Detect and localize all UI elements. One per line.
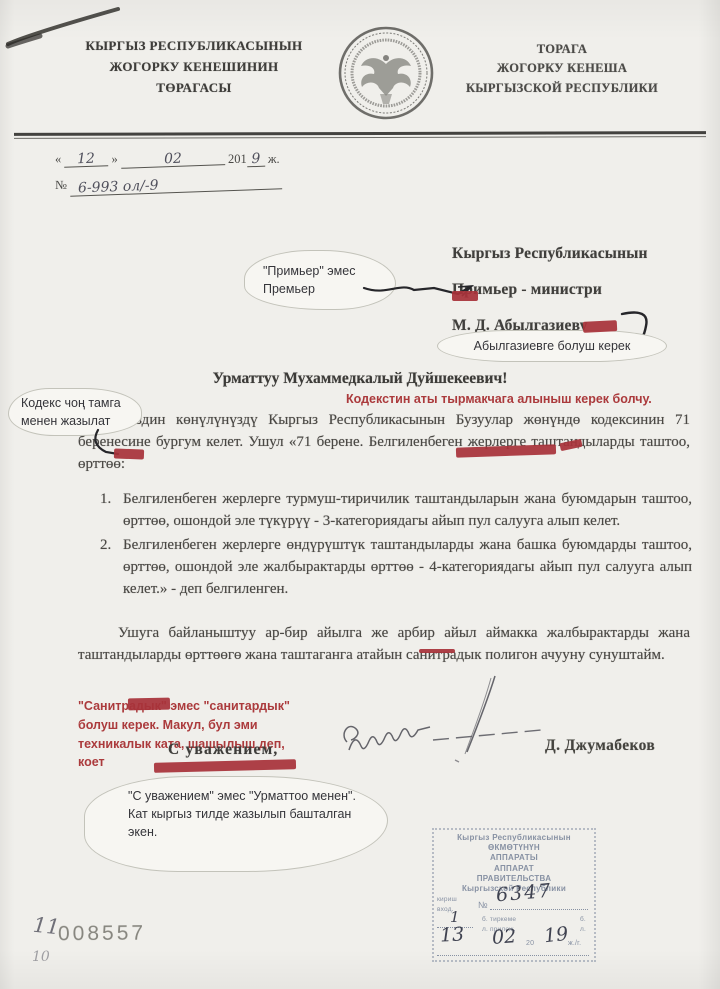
year-digit-handwritten: 9	[247, 153, 265, 168]
year-printed: 201	[228, 152, 247, 166]
stamp-attach-suffix-ru: л.	[580, 926, 586, 933]
date-day-handwritten: 12	[64, 152, 108, 168]
red-note-kodeks-title: Кодекстин аты тырмакчага алыныш керек бо…	[346, 392, 652, 406]
outgoing-number-handwritten: 6-993 ол/-9	[70, 175, 282, 196]
stamp-year-suffix: ж./г.	[568, 940, 581, 947]
stamp-date-day-handwritten: 13	[439, 923, 464, 946]
handwritten-number-top: 11	[32, 913, 61, 940]
date-line: « 12 » 02 2019 ж.	[55, 152, 280, 167]
handwritten-number-bottom: 10	[32, 949, 50, 965]
numbered-list: 1. Белгиленбеген жерлерге турмуш-тиричил…	[100, 488, 692, 602]
annotation-bubble-primier-text: "Примьер" эмес Премьер	[263, 262, 355, 298]
stamp-number-sign: №	[478, 900, 488, 910]
annotation-bubble-abylgaziev-text: Абылгазиевге болуш керек	[474, 337, 631, 355]
red-strike-sanitradyk	[128, 698, 170, 711]
stamp-attach-label-ky: б. тиркеме	[482, 916, 516, 923]
list-item: 2. Белгиленбеген жерлерге өндүрүштүк таш…	[100, 534, 692, 600]
number-sign: №	[55, 178, 67, 192]
list-item-text: Белгиленбеген жерлерге турмуш-тиричилик …	[123, 488, 692, 532]
salutation: Урматтуу Мухаммедкалый Дуйшекеевич!	[80, 370, 640, 388]
letterhead-org-kyrgyz: КЫРГЫЗ РЕСПУБЛИКАСЫНЫН ЖОГОРКУ КЕНЕШИНИН…	[58, 36, 330, 98]
stamp-in-label-ky: кириш	[437, 896, 457, 903]
year-suffix: ж.	[268, 152, 280, 166]
signer-name: Д. Джумабеков	[545, 737, 655, 755]
red-marker-under-primier	[452, 291, 478, 301]
annotation-bubble-abylgaziev: Абылгазиевге болуш керек	[437, 330, 667, 362]
letterhead-divider	[14, 131, 706, 139]
addressee-line-prime-minister: Примьер - министри	[452, 272, 692, 308]
list-item: 1. Белгиленбеген жерлерге турмуш-тиричил…	[100, 488, 692, 532]
stamp-date-month-handwritten: 02	[491, 925, 517, 949]
form-serial-number: 008557	[58, 922, 146, 947]
stamp-date-year-handwritten: 19	[543, 923, 569, 947]
outgoing-number-line: № 6-993 ол/-9	[55, 178, 282, 193]
stamp-dotted-line	[437, 948, 589, 956]
body-paragraph-1: Сиздин көнүлүнүздү Кыргыз Республикасыны…	[78, 409, 690, 475]
red-underline-arbir	[419, 649, 455, 653]
red-marker-under-kodeksinin	[114, 448, 144, 459]
stamp-year-printed: 20	[526, 940, 534, 947]
date-month-handwritten: 02	[121, 151, 225, 169]
registration-stamp: Кыргыз Республикасынын ӨКМӨТҮНҮН АППАРАТ…	[432, 828, 596, 962]
annotation-bubble-uvazhenie-text: "С уважением" эмес "Урматтоо менен". Кат…	[128, 787, 356, 841]
list-item-number: 1.	[100, 488, 116, 532]
addressee-block: Кыргыз Республикасынын Примьер - министр…	[452, 236, 692, 344]
addressee-line-republic: Кыргыз Республикасынын	[452, 236, 692, 272]
stamp-attach-suffix-ky: б.	[580, 916, 586, 923]
annotation-bubble-uvazhenie: "С уважением" эмес "Урматтоо менен". Кат…	[84, 776, 388, 872]
closing-phrase: С уважением,	[168, 741, 278, 759]
state-seal-emblem	[336, 24, 436, 122]
list-item-number: 2.	[100, 534, 116, 600]
body-paragraph-2: Ушуга байланыштуу ар-бир айылга же арбир…	[78, 622, 690, 666]
quote-close: »	[112, 152, 118, 166]
letterhead-org-russian: ТОРАГА ЖОГОРКУ КЕНЕША КЫРГЫЗСКОЙ РЕСПУБЛ…	[436, 40, 688, 98]
scanned-letter-page: КЫРГЫЗ РЕСПУБЛИКАСЫНЫН ЖОГОРКУ КЕНЕШИНИН…	[0, 0, 720, 989]
quote-open: «	[55, 152, 61, 166]
annotation-bubble-kodeks-text: Кодекс чоң тамга менен жазылат	[21, 394, 121, 430]
signature-scribble	[335, 672, 547, 768]
list-item-text: Белгиленбеген жерлерге өндүрүштүк таштан…	[123, 534, 692, 600]
red-marker-near-abylgaziev	[583, 320, 618, 333]
